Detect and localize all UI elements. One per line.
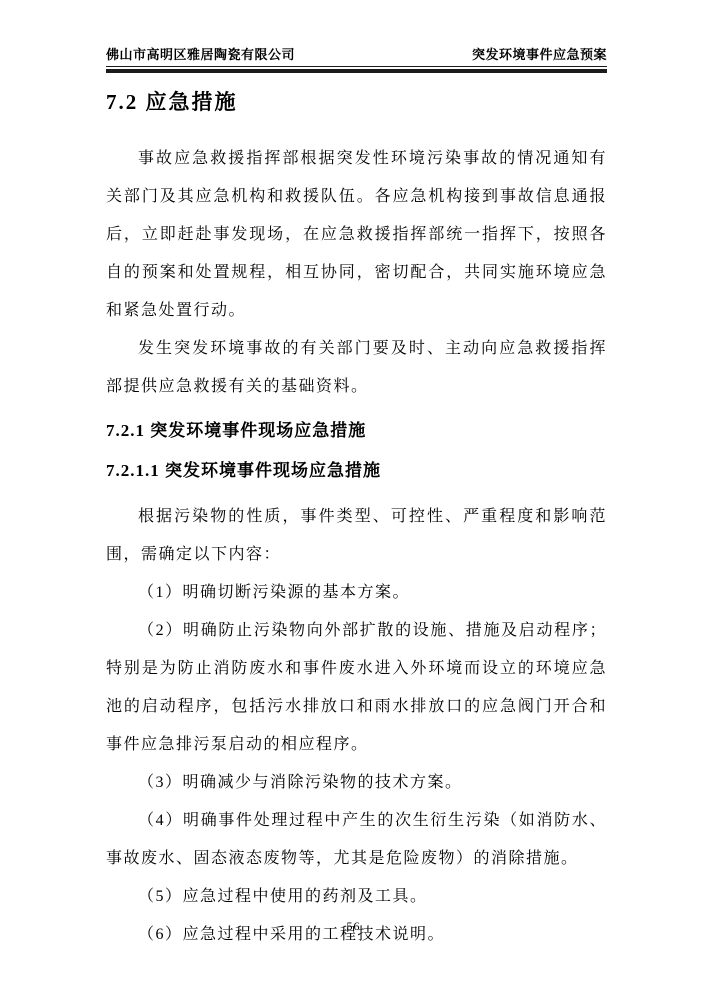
header-doc-title: 突发环境事件应急预案: [472, 46, 607, 63]
page-header: 佛山市高明区雅居陶瓷有限公司 突发环境事件应急预案: [106, 46, 607, 73]
page-footer: 56: [0, 919, 707, 934]
list-item: （3）明确减少与消除污染物的技术方案。: [106, 764, 607, 802]
list-item: （4）明确事件处理过程中产生的次生衍生污染（如消防水、事故废水、固态液态废物等，…: [106, 802, 607, 878]
paragraph: 根据污染物的性质，事件类型、可控性、严重程度和影响范围，需确定以下内容：: [106, 498, 607, 574]
paragraph: 事故应急救援指挥部根据突发性环境污染事故的情况通知有关部门及其应急机构和救援队伍…: [106, 140, 607, 330]
page-number: 56: [347, 919, 361, 933]
header-rule-thin: [106, 66, 607, 67]
section-title: 7.2 应急措施: [106, 88, 607, 116]
list-item: （5）应急过程中使用的药剂及工具。: [106, 878, 607, 916]
document-page: 佛山市高明区雅居陶瓷有限公司 突发环境事件应急预案 7.2 应急措施事故应急救援…: [0, 0, 707, 1000]
list-item: （1）明确切断污染源的基本方案。: [106, 574, 607, 612]
list-item: （2）明确防止污染物向外部扩散的设施、措施及启动程序；特别是为防止消防废水和事件…: [106, 612, 607, 764]
header-company-name: 佛山市高明区雅居陶瓷有限公司: [106, 46, 295, 63]
section-heading: 7.2.1 突发环境事件现场应急措施: [106, 418, 607, 444]
document-body: 7.2 应急措施事故应急救援指挥部根据突发性环境污染事故的情况通知有关部门及其应…: [106, 88, 607, 954]
header-rule-thick: [106, 69, 607, 73]
paragraph: 发生突发环境事故的有关部门要及时、主动向应急救援指挥部提供应急救援有关的基础资料…: [106, 330, 607, 406]
section-heading: 7.2.1.1 突发环境事件现场应急措施: [106, 458, 607, 484]
